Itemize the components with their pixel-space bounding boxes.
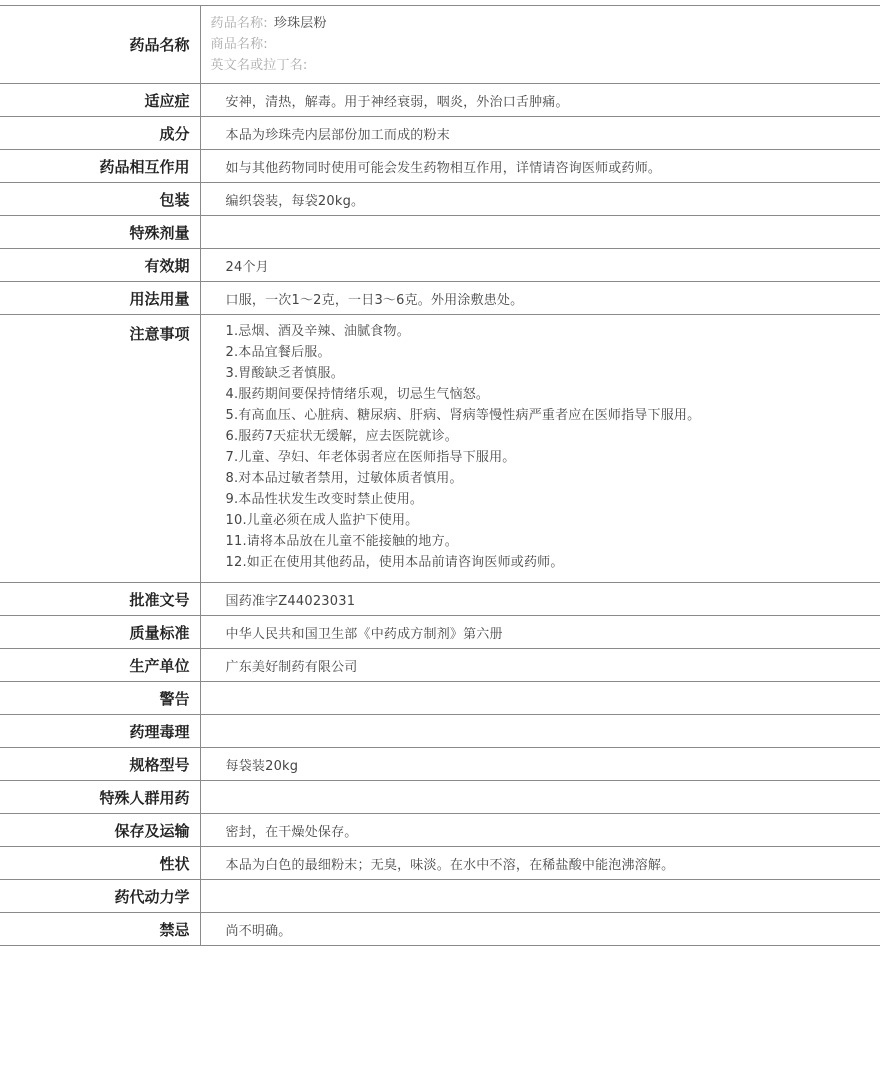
row-value: 密封，在干燥处保存。 (200, 814, 880, 847)
table-row-contraindications: 禁忌 尚不明确。 (0, 913, 880, 946)
row-value: 每袋装20kg (200, 748, 880, 781)
row-value (200, 781, 880, 814)
row-label: 规格型号 (0, 748, 200, 781)
row-value: 尚不明确。 (200, 913, 880, 946)
row-label: 禁忌 (0, 913, 200, 946)
row-value (200, 682, 880, 715)
row-label: 性状 (0, 847, 200, 880)
row-label: 注意事项 (0, 315, 200, 583)
table-row-special-dosage: 特殊剂量 (0, 216, 880, 249)
row-value: 口服，一次1～2克，一日3～6克。外用涂敷患处。 (200, 282, 880, 315)
precaution-item: 2.本品宜餐后服。 (226, 342, 880, 363)
table-row-drug-name: 药品名称 药品名称:珍珠层粉 商品名称: 英文名或拉丁名: (0, 6, 880, 84)
row-label: 成分 (0, 117, 200, 150)
table-row-warning: 警告 (0, 682, 880, 715)
table-row-ingredients: 成分 本品为珍珠壳内层部份加工而成的粉末 (0, 117, 880, 150)
precaution-item: 4.服药期间要保持情绪乐观，切忌生气恼怒。 (226, 384, 880, 405)
row-label: 适应症 (0, 84, 200, 117)
row-label: 用法用量 (0, 282, 200, 315)
trade-name-line: 商品名称: (211, 34, 880, 55)
table-row-dosage: 用法用量 口服，一次1～2克，一日3～6克。外用涂敷患处。 (0, 282, 880, 315)
table-row-pharmacology-toxicology: 药理毒理 (0, 715, 880, 748)
precaution-item: 5.有高血压、心脏病、糖尿病、肝病、肾病等慢性病严重者应在医师指导下服用。 (226, 405, 880, 426)
table-row-special-populations: 特殊人群用药 (0, 781, 880, 814)
row-value: 本品为珍珠壳内层部份加工而成的粉末 (200, 117, 880, 150)
table-row-packaging: 包装 编织袋装，每袋20kg。 (0, 183, 880, 216)
precaution-item: 8.对本品过敏者禁用，过敏体质者慎用。 (226, 468, 880, 489)
row-label: 保存及运输 (0, 814, 200, 847)
row-label: 生产单位 (0, 649, 200, 682)
precaution-item: 11.请将本品放在儿童不能接触的地方。 (226, 531, 880, 552)
table-row-approval-number: 批准文号 国药准字Z44023031 (0, 583, 880, 616)
generic-name-value: 珍珠层粉 (274, 16, 327, 31)
table-row-pharmacokinetics: 药代动力学 (0, 880, 880, 913)
row-label: 药理毒理 (0, 715, 200, 748)
precaution-item: 9.本品性状发生改变时禁止使用。 (226, 489, 880, 510)
precaution-item: 1.忌烟、酒及辛辣、油腻食物。 (226, 321, 880, 342)
row-value: 24个月 (200, 249, 880, 282)
row-value: 国药准字Z44023031 (200, 583, 880, 616)
table-row-manufacturer: 生产单位 广东美好制药有限公司 (0, 649, 880, 682)
row-value: 中华人民共和国卫生部《中药成方制剂》第六册 (200, 616, 880, 649)
row-label: 药代动力学 (0, 880, 200, 913)
row-value: 安神，清热，解毒。用于神经衰弱，咽炎，外治口舌肿痛。 (200, 84, 880, 117)
table-row-storage-transport: 保存及运输 密封，在干燥处保存。 (0, 814, 880, 847)
precaution-item: 7.儿童、孕妇、年老体弱者应在医师指导下服用。 (226, 447, 880, 468)
row-label: 特殊人群用药 (0, 781, 200, 814)
row-value: 本品为白色的最细粉末；无臭，味淡。在水中不溶，在稀盐酸中能泡沸溶解。 (200, 847, 880, 880)
row-value (200, 216, 880, 249)
generic-name-line: 药品名称:珍珠层粉 (211, 13, 880, 34)
row-label: 有效期 (0, 249, 200, 282)
precautions-list: 1.忌烟、酒及辛辣、油腻食物。 2.本品宜餐后服。 3.胃酸缺乏者慎服。 4.服… (200, 315, 880, 583)
table-row-quality-standard: 质量标准 中华人民共和国卫生部《中药成方制剂》第六册 (0, 616, 880, 649)
trade-name-label: 商品名称: (211, 37, 268, 52)
table-row-indications: 适应症 安神，清热，解毒。用于神经衰弱，咽炎，外治口舌肿痛。 (0, 84, 880, 117)
generic-name-label: 药品名称: (211, 16, 268, 31)
row-value (200, 715, 880, 748)
row-label: 警告 (0, 682, 200, 715)
table-row-shelf-life: 有效期 24个月 (0, 249, 880, 282)
row-label: 特殊剂量 (0, 216, 200, 249)
table-row-drug-interactions: 药品相互作用 如与其他药物同时使用可能会发生药物相互作用，详情请咨询医师或药师。 (0, 150, 880, 183)
table-row-description: 性状 本品为白色的最细粉末；无臭，味淡。在水中不溶，在稀盐酸中能泡沸溶解。 (0, 847, 880, 880)
row-label: 药品相互作用 (0, 150, 200, 183)
precaution-item: 3.胃酸缺乏者慎服。 (226, 363, 880, 384)
row-label: 包装 (0, 183, 200, 216)
drug-spec-table: 药品名称 药品名称:珍珠层粉 商品名称: 英文名或拉丁名: 适应症 安神，清热，… (0, 5, 880, 946)
row-label: 质量标准 (0, 616, 200, 649)
row-value: 广东美好制药有限公司 (200, 649, 880, 682)
row-value: 药品名称:珍珠层粉 商品名称: 英文名或拉丁名: (200, 6, 880, 84)
row-value (200, 880, 880, 913)
row-label: 药品名称 (0, 6, 200, 84)
precaution-item: 12.如正在使用其他药品，使用本品前请咨询医师或药师。 (226, 552, 880, 573)
table-row-precautions: 注意事项 1.忌烟、酒及辛辣、油腻食物。 2.本品宜餐后服。 3.胃酸缺乏者慎服… (0, 315, 880, 583)
row-value: 编织袋装，每袋20kg。 (200, 183, 880, 216)
english-latin-name-label: 英文名或拉丁名: (211, 58, 308, 73)
precaution-item: 6.服药7天症状无缓解，应去医院就诊。 (226, 426, 880, 447)
row-value: 如与其他药物同时使用可能会发生药物相互作用，详情请咨询医师或药师。 (200, 150, 880, 183)
precaution-item: 10.儿童必须在成人监护下使用。 (226, 510, 880, 531)
row-label: 批准文号 (0, 583, 200, 616)
english-latin-name-line: 英文名或拉丁名: (211, 55, 880, 76)
table-row-specification: 规格型号 每袋装20kg (0, 748, 880, 781)
